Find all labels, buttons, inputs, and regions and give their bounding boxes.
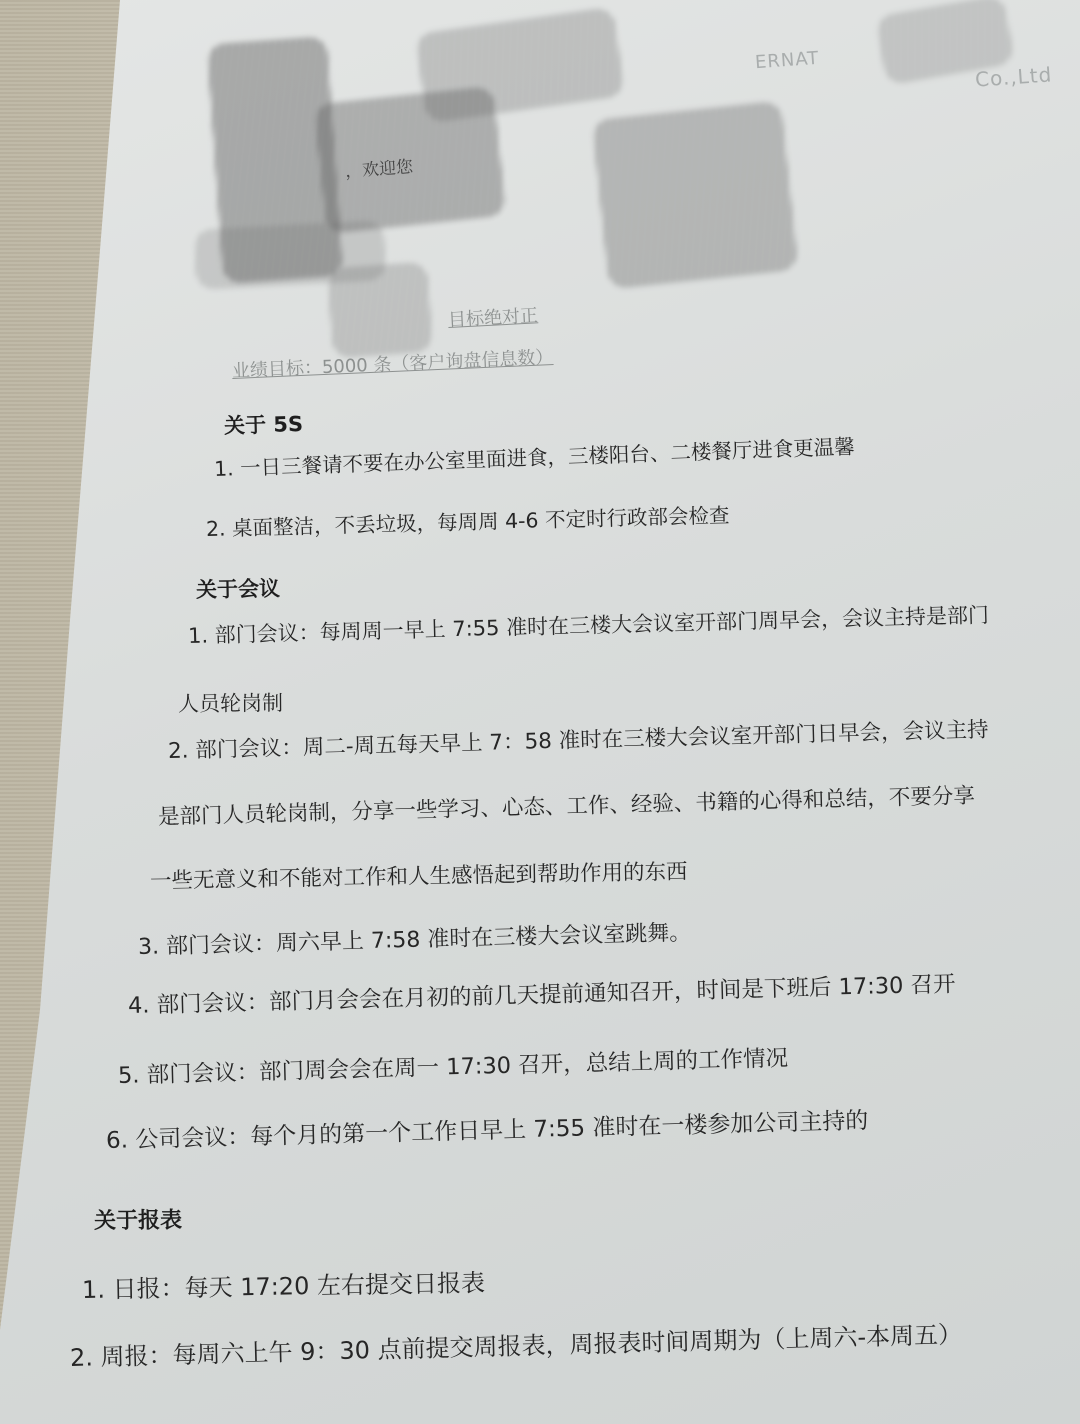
- list-item: 6. 公司会议：每个月的第一个工作日早上 7:55 准时在一楼参加公司主持的: [106, 1102, 869, 1155]
- list-item: 2. 桌面整洁，不丢垃圾，每周周 4-6 不定时行政部会检查: [206, 498, 730, 542]
- list-item: 3. 部门会议：周六早上 7:58 准时在三楼大会议室跳舞。: [138, 916, 692, 961]
- company-name-fragment: ERNAT: [754, 48, 820, 73]
- section-heading-reports: 关于报表: [94, 1203, 182, 1235]
- list-item: 4. 部门会议：部门月会会在月初的前几天提前通知召开，时间是下班后 17:30 …: [128, 966, 956, 1020]
- performance-target-line: 业绩目标：5000 条（客户询盘信息数）: [231, 343, 553, 383]
- section-heading-meetings: 关于会议: [196, 573, 281, 604]
- list-item: 1. 部门会议：每周周一早上 7:55 准时在三楼大会议室开部门周早会，会议主持…: [188, 599, 990, 650]
- section-heading-5s: 关于 5S: [224, 408, 304, 440]
- list-item: 2. 周报：每周六上午 9：30 点前提交周报表，周报表时间周期为（上周六-本周…: [70, 1315, 963, 1373]
- list-item: 人员轮岗制: [178, 687, 283, 718]
- document-body: ERNAT Co.,Ltd ，欢迎您 目标绝对正 业绩目标：5000 条（客户询…: [0, 0, 1080, 1424]
- target-fragment: 目标绝对正: [447, 301, 538, 332]
- greeting-fragment: ，欢迎您: [344, 152, 414, 182]
- list-item: 一些无意义和不能对工作和人生感悟起到帮助作用的东西: [150, 855, 688, 895]
- company-suffix-fragment: Co.,Ltd: [974, 62, 1053, 91]
- list-item: 1. 一日三餐请不要在办公室里面进食，三楼阳台、二楼餐厅进食更温馨: [213, 430, 855, 482]
- list-item: 5. 部门会议：部门周会会在周一 17:30 召开，总结上周的工作情况: [118, 1040, 789, 1090]
- list-item: 是部门人员轮岗制，分享一些学习、心态、工作、经验、书籍的心得和总结，不要分享: [158, 779, 976, 831]
- list-item: 1. 日报：每天 17:20 左右提交日报表: [82, 1263, 486, 1305]
- list-item: 2. 部门会议：周二-周五每天早上 7：58 准时在三楼大会议室开部门日早会，会…: [168, 713, 989, 765]
